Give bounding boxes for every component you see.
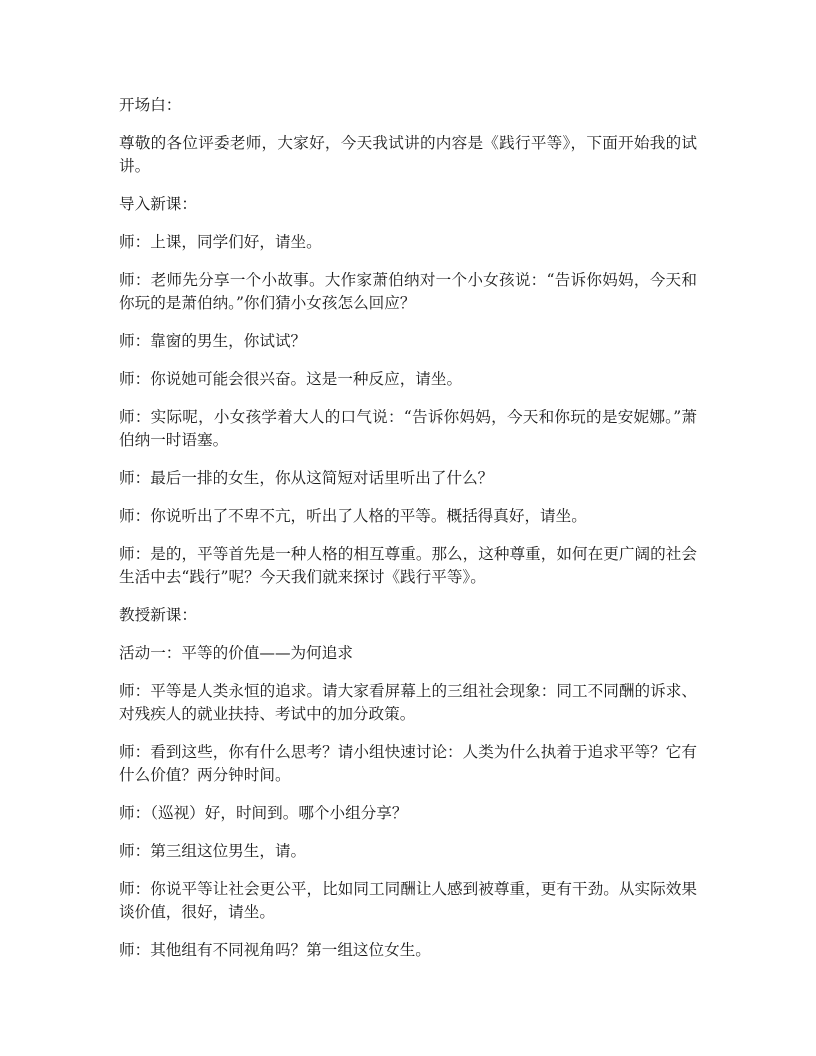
dialogue-line: 师：老师先分享一个小故事。大作家萧伯纳对一个小女孩说：“告诉你妈妈，今天和你玩的… [119,269,697,315]
dialogue-line: 师：（巡视）好，时间到。哪个小组分享？ [119,802,697,825]
dialogue-line: 师：上课，同学们好，请坐。 [119,231,697,254]
dialogue-line: 师：你说听出了不卑不亢，听出了人格的平等。概括得真好，请坐。 [119,505,697,528]
dialogue-line: 师：靠窗的男生，你试试？ [119,330,697,353]
dialogue-line: 师：你说平等让社会更公平，比如同工同酬让人感到被尊重，更有干劲。从实际效果谈价值… [119,878,697,924]
section-heading-introduction: 导入新课： [119,193,697,216]
activity-heading: 活动一：平等的价值——为何追求 [119,642,697,665]
dialogue-line: 师：看到这些，你有什么思考？请小组快速讨论：人类为什么执着于追求平等？它有什么价… [119,741,697,787]
section-heading-opening: 开场白： [119,94,697,117]
dialogue-line: 师：实际呢，小女孩学着大人的口气说：“告诉你妈妈，今天和你玩的是安妮娜。”萧伯纳… [119,406,697,452]
dialogue-line: 师：是的，平等首先是一种人格的相互尊重。那么，这种尊重，如何在更广阔的社会生活中… [119,543,697,589]
dialogue-line: 师：其他组有不同视角吗？第一组这位女生。 [119,939,697,962]
dialogue-line: 师：平等是人类永恒的追求。请大家看屏幕上的三组社会现象：同工不同酬的诉求、对残疾… [119,680,697,726]
opening-remarks: 尊敬的各位评委老师，大家好，今天我试讲的内容是《践行平等》，下面开始我的试讲。 [119,132,697,178]
dialogue-line: 师：最后一排的女生，你从这简短对话里听出了什么？ [119,467,697,490]
section-heading-new-lesson: 教授新课： [119,604,697,627]
dialogue-line: 师：你说她可能会很兴奋。这是一种反应，请坐。 [119,368,697,391]
document-page: 开场白： 尊敬的各位评委老师，大家好，今天我试讲的内容是《践行平等》，下面开始我… [119,94,697,977]
dialogue-line: 师：第三组这位男生，请。 [119,840,697,863]
